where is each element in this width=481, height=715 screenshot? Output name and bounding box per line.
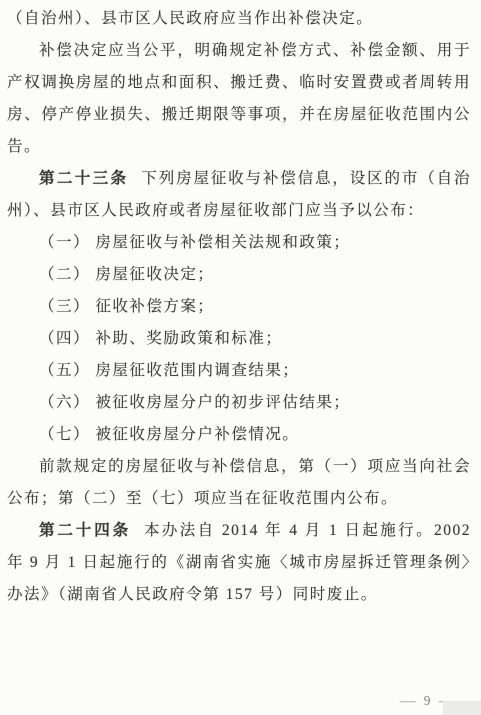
article-23-label: 第二十三条 [39,170,128,187]
paragraph-publication-scope: 前款规定的房屋征收与补偿信息，第（一）项应当向社会公布；第（二）至（七）项应当在… [7,451,471,515]
list-item-5: （五） 房屋征收范围内调查结果； [7,355,471,387]
page-number: 9 [424,694,431,708]
list-item-1: （一） 房屋征收与补偿相关法规和政策； [7,227,471,259]
paragraph-article-24: 第二十四条本办法自 2014 年 4 月 1 日起施行。2002 年 9 月 1… [7,515,471,611]
footer-dash-right: — [438,694,454,708]
list-item-7: （七） 被征收房屋分户补偿情况。 [7,419,471,451]
list-item-6: （六） 被征收房屋分户的初步评估结果； [7,387,471,419]
list-item-4: （四） 补助、奖励政策和标准； [7,323,471,355]
paragraph-article-23: 第二十三条下列房屋征收与补偿信息，设区的市（自治州）、县市区人民政府或者房屋征收… [7,163,471,227]
document-text: （自治州）、县市区人民政府应当作出补偿决定。 补偿决定应当公平，明确规定补偿方式… [7,3,471,611]
article-24-label: 第二十四条 [39,522,131,539]
list-item-3: （三） 征收补偿方案； [7,291,471,323]
paragraph-continuation: （自治州）、县市区人民政府应当作出补偿决定。 [7,3,471,35]
page-footer: — 9 — [401,694,453,708]
list-item-2: （二） 房屋征收决定； [7,259,471,291]
document-page: （自治州）、县市区人民政府应当作出补偿决定。 补偿决定应当公平，明确规定补偿方式… [0,0,481,715]
paragraph-compensation-decision: 补偿决定应当公平，明确规定补偿方式、补偿金额、用于产权调换房屋的地点和面积、搬迁… [7,35,471,163]
footer-dash-left: — [400,694,416,708]
